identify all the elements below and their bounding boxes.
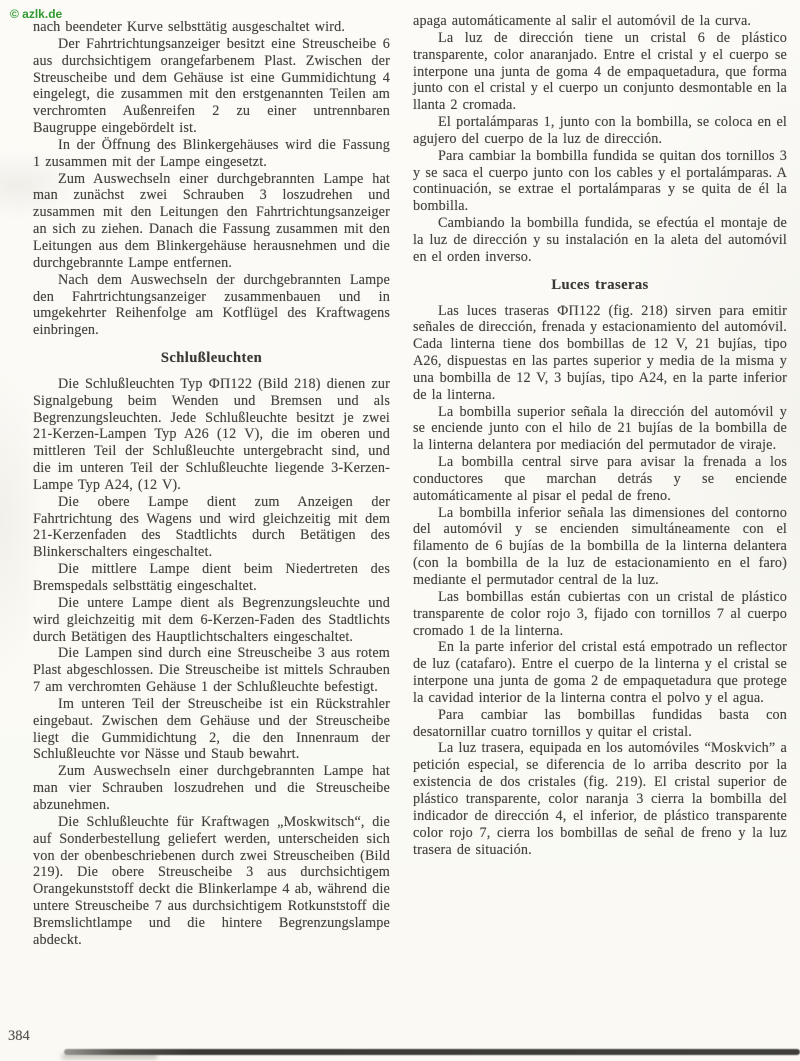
- section-heading-luces-traseras: Luces traseras: [413, 277, 787, 294]
- paragraph: Zum Auswechseln einer durchgebrannten La…: [33, 171, 390, 272]
- paragraph: El portalámparas 1, junto con la bombill…: [413, 114, 787, 148]
- paragraph: Die mittlere Lampe dient beim Niedertret…: [33, 561, 390, 595]
- paragraph: Nach dem Auswechseln der durchgebrannten…: [33, 272, 390, 339]
- paragraph: In der Öffnung des Blinkergehäuses wird …: [33, 137, 390, 171]
- paragraph: La luz trasera, equipada en los automóvi…: [413, 740, 787, 858]
- paragraph: La bombilla inferior señala las dimensio…: [413, 505, 787, 589]
- paragraph: La bombilla central sirve para avisar la…: [413, 454, 787, 505]
- paragraph: Para cambiar las bombillas fundidas bast…: [413, 707, 787, 741]
- page-number: 384: [8, 1028, 30, 1045]
- column-german: nach beendeter Kurve selbsttätig ausgesc…: [33, 19, 390, 949]
- paragraph: Para cambiar la bombilla fundida se quit…: [413, 148, 787, 215]
- paragraph: Die Lampen sind durch eine Streuscheibe …: [33, 645, 390, 696]
- section-heading-schlussleuchten: Schlußleuchten: [33, 350, 390, 367]
- paragraph: Die Schlußleuchten Typ ФП122 (Bild 218) …: [33, 376, 390, 494]
- paragraph: La bombilla superior señala la dirección…: [413, 404, 787, 455]
- paragraph: apaga automáticamente al salir el automó…: [413, 13, 787, 30]
- column-spanish: apaga automáticamente al salir el automó…: [413, 13, 787, 858]
- paragraph: La luz de dirección tiene un cristal 6 d…: [413, 30, 787, 114]
- paragraph: Die obere Lampe dient zum Anzeigen der F…: [33, 494, 390, 561]
- paragraph: Las bombillas están cubiertas con un cri…: [413, 589, 787, 640]
- scan-artifact-bar: [64, 1049, 800, 1055]
- paragraph: Die untere Lampe dient als Begrenzungsle…: [33, 595, 390, 646]
- paragraph: En la parte inferior del cristal está em…: [413, 639, 787, 706]
- paragraph: Der Fahrtrichtungsanzeiger besitzt eine …: [33, 36, 390, 137]
- paragraph: Die Schlußleuchte für Kraftwagen „Moskwi…: [33, 814, 390, 949]
- paragraph: Las luces traseras ФП122 (fig. 218) sirv…: [413, 303, 787, 404]
- paragraph: Cambiando la bombilla fundida, se efectú…: [413, 215, 787, 266]
- scanned-manual-page: © azlk.de nach beendeter Kurve selbsttät…: [0, 0, 800, 1061]
- paragraph: Im unteren Teil der Streuscheibe ist ein…: [33, 696, 390, 763]
- paragraph: Zum Auswechseln einer durchgebrannten La…: [33, 763, 390, 814]
- paragraph: nach beendeter Kurve selbsttätig ausgesc…: [33, 19, 390, 36]
